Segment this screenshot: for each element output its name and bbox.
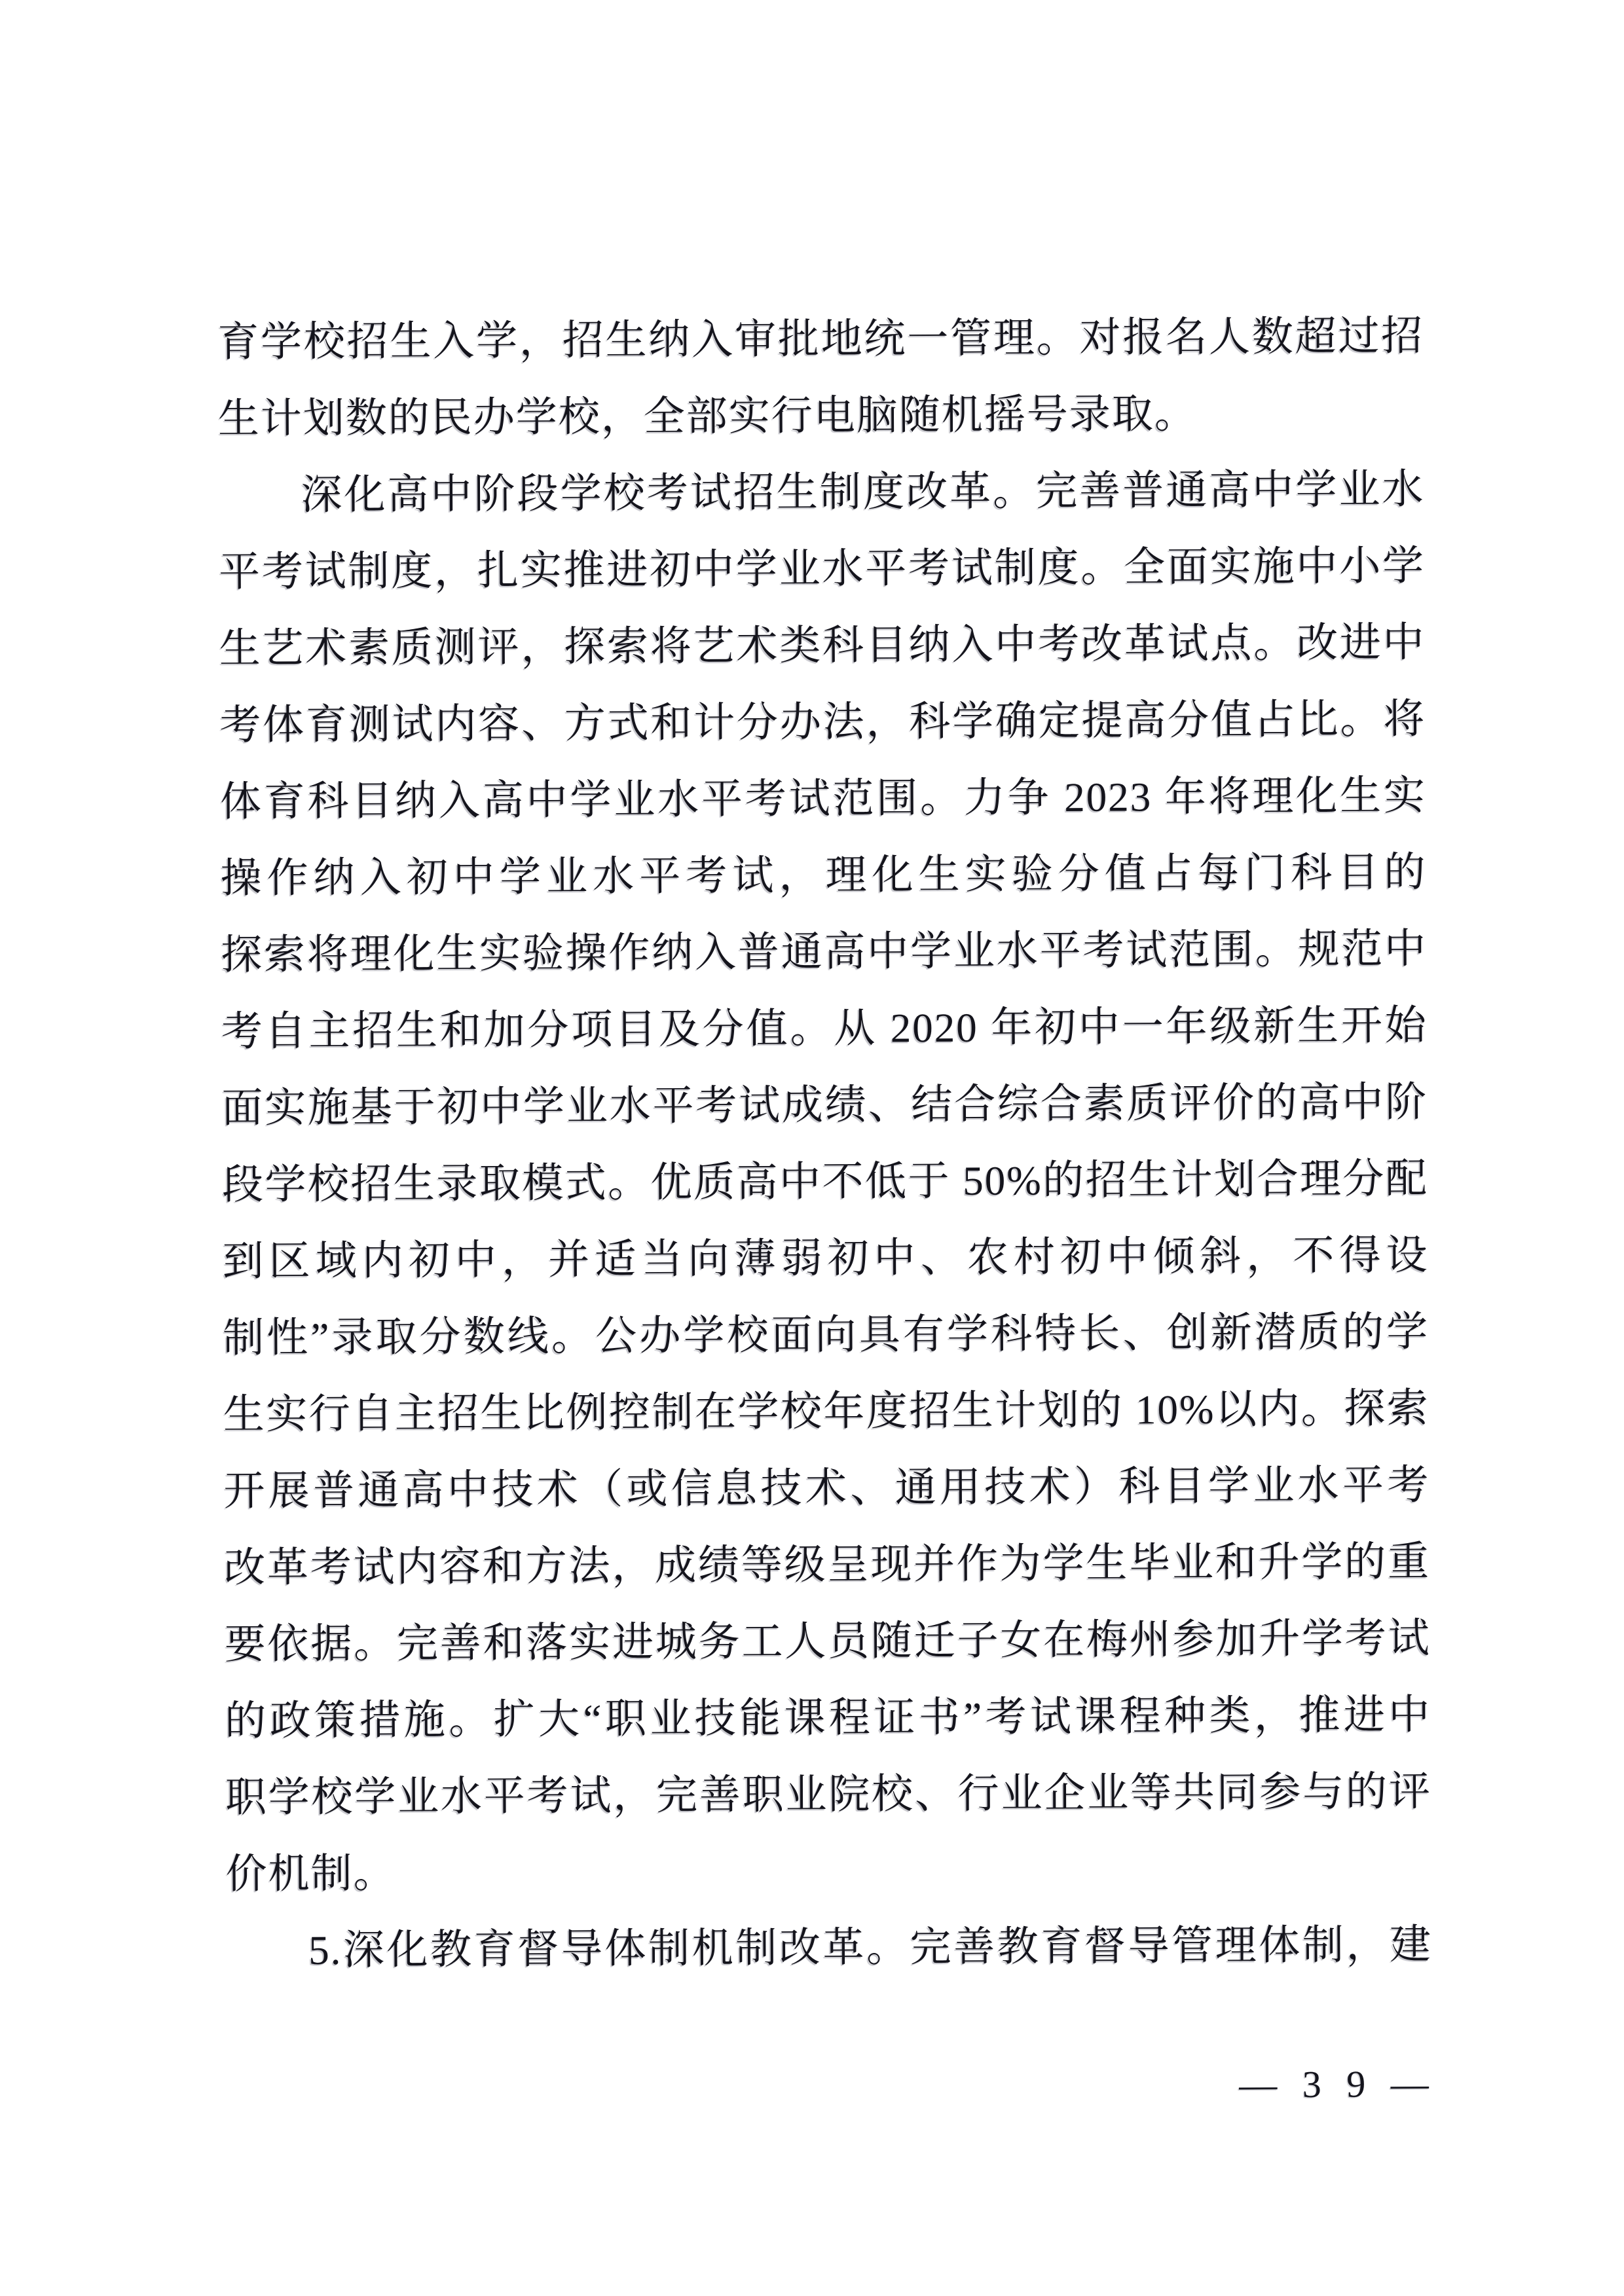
text-line: 体育科目纳入高中学业水平考试范围。力争 2023 年将理化生实验 — [220, 757, 1427, 841]
text-line: 生计划数的民办学校，全部实行电脑随机摇号录取。 — [218, 374, 1425, 458]
text-line: 职学校学业水平考试，完善职业院校、行业企业等共同参与的评 — [225, 1753, 1432, 1836]
text-line: 操作纳入初中学业水平考试，理化生实验分值占每门科目的 10%。 — [220, 834, 1427, 917]
text-line: 平考试制度，扎实推进初中学业水平考试制度。全面实施中小学 — [219, 528, 1426, 611]
text-line: 改革考试内容和方法，成绩等级呈现并作为学生毕业和升学的重 — [224, 1523, 1431, 1607]
text-line: 要依据。完善和落实进城务工人员随迁子女在梅州参加升学考试 — [224, 1600, 1431, 1683]
text-line-paragraph-start: 深化高中阶段学校考试招生制度改革。完善普通高中学业水 — [218, 451, 1425, 534]
scan-skew-layer: 育学校招生入学，招生纳入审批地统一管理。对报名人数超过招 生计划数的民办学校，全… — [0, 0, 1624, 2296]
text-line: 考体育测试内容、方式和计分办法，科学确定提高分值占比。将 — [219, 681, 1426, 764]
text-line: 的政策措施。扩大“职业技能课程证书”考试课程种类，推进中 — [225, 1677, 1431, 1760]
text-line: 面实施基于初中学业水平考试成绩、结合综合素质评价的高中阶 — [221, 1064, 1428, 1147]
text-line: 探索将理化生实验操作纳入普通高中学业水平考试范围。规范中 — [221, 911, 1428, 994]
text-line: 到区域内初中，并适当向薄弱初中、农村初中倾斜，不得设置“限 — [222, 1217, 1429, 1300]
text-line: 制性”录取分数线。公办学校面向具有学科特长、创新潜质的学 — [223, 1294, 1430, 1377]
text-line: 考自主招生和加分项目及分值。从 2020 年初中一年级新生开始全 — [221, 987, 1428, 1070]
page-number: — 3 9 — — [1239, 2056, 1435, 2113]
text-line: 生艺术素质测评，探索将艺术类科目纳入中考改革试点。改进中 — [219, 604, 1426, 687]
document-body: 育学校招生入学，招生纳入审批地统一管理。对报名人数超过招 生计划数的民办学校，全… — [217, 298, 1432, 1990]
text-line: 段学校招生录取模式。优质高中不低于 50%的招生计划合理分配 — [222, 1140, 1429, 1224]
scanned-document-page: 育学校招生入学，招生纳入审批地统一管理。对报名人数超过招 生计划数的民办学校，全… — [0, 0, 1624, 2296]
text-line: 生实行自主招生比例控制在学校年度招生计划的 10%以内。探索 — [223, 1370, 1430, 1453]
text-line: 开展普通高中技术（或信息技术、通用技术）科目学业水平考试。 — [223, 1447, 1430, 1530]
text-line-paragraph-start: 5.深化教育督导体制机制改革。完善教育督导管理体制，建 — [226, 1906, 1433, 1990]
text-line: 育学校招生入学，招生纳入审批地统一管理。对报名人数超过招 — [217, 298, 1424, 381]
text-line: 价机制。 — [225, 1830, 1432, 1913]
